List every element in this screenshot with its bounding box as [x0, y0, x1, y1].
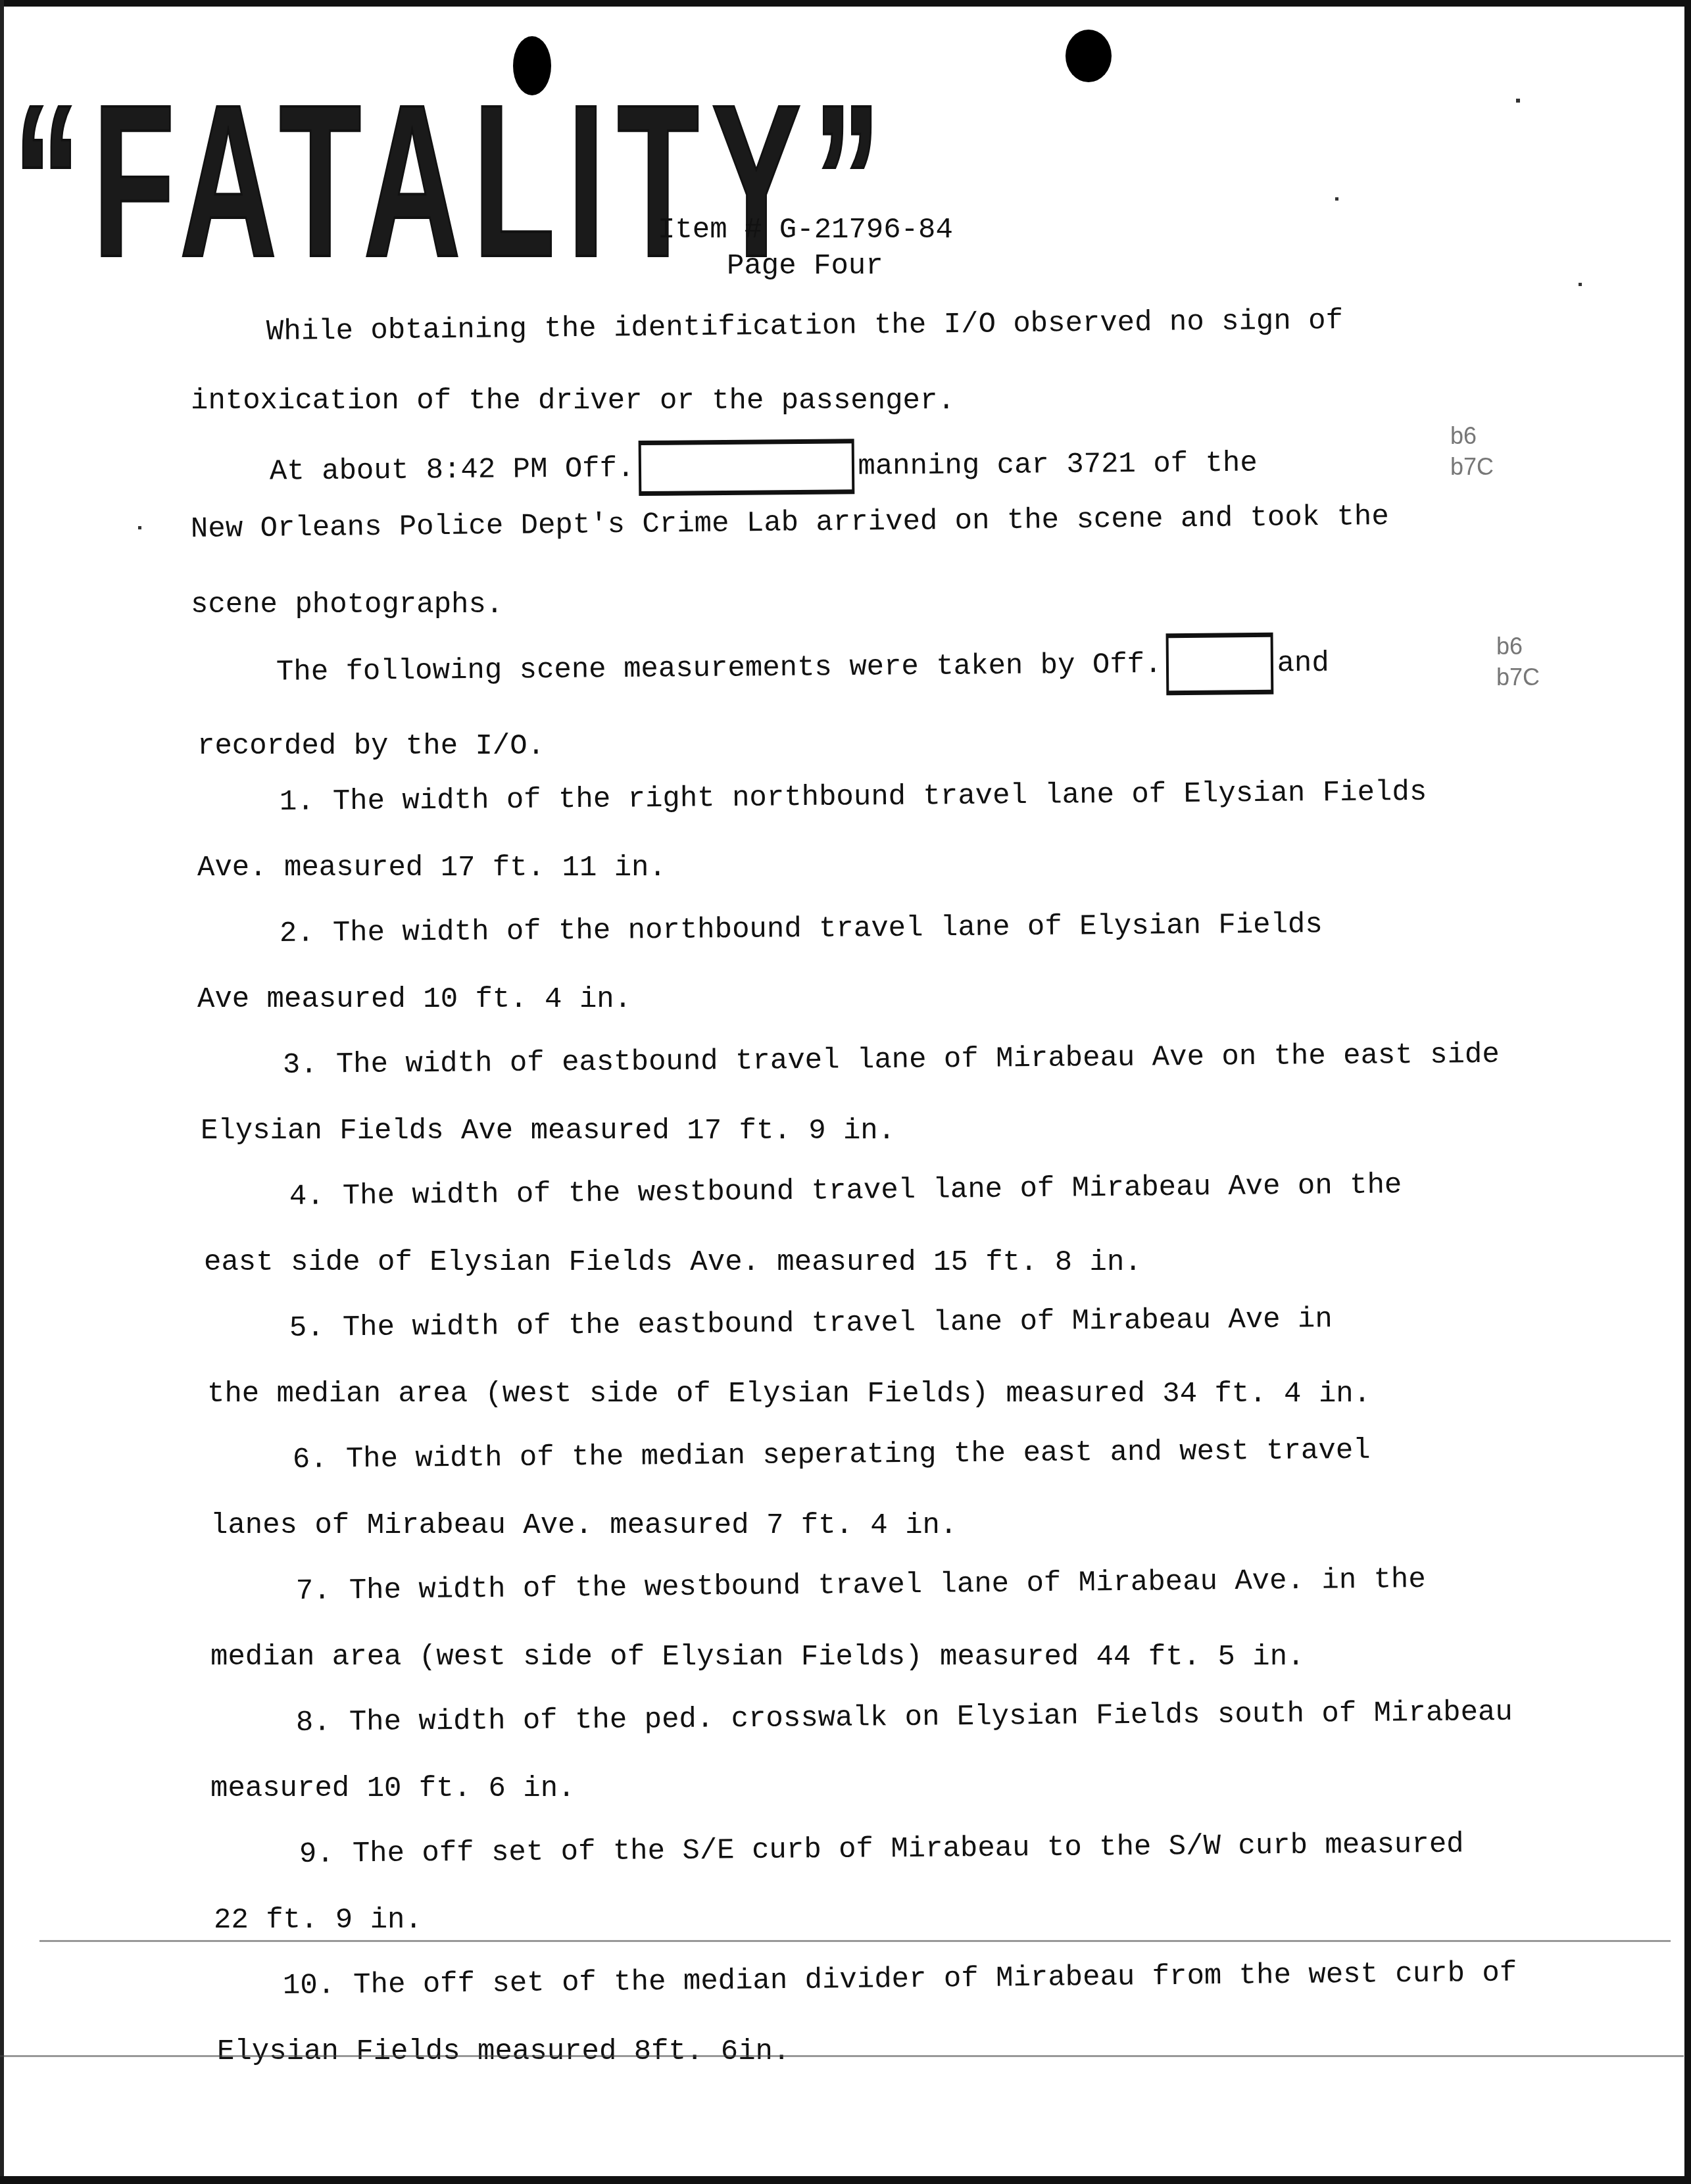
- measurement-item: 10.The off set of the median divider of …: [283, 1956, 1517, 2002]
- measurement-number: 4.: [289, 1180, 324, 1213]
- measurement-number: 10.: [283, 1969, 335, 2002]
- measurement-text: The width of the westbound travel lane o…: [349, 1563, 1427, 1607]
- scan-artifact-line: [0, 2055, 1684, 2057]
- text-segment: The following scene measurements were ta…: [276, 648, 1162, 689]
- measurement-text: The off set of the median divider of Mir…: [353, 1956, 1517, 2002]
- measurement-continuation: measured 10 ft. 6 in.: [210, 1772, 576, 1805]
- scan-border-right: [1684, 0, 1691, 2184]
- measurement-text: The width of the ped. crosswalk on Elysi…: [349, 1696, 1513, 1739]
- measurement-item: 6.The width of the median seperating the…: [293, 1434, 1371, 1476]
- measurement-continuation: Ave. measured 17 ft. 11 in.: [197, 852, 666, 885]
- item-number: Item # G-21796-84: [658, 214, 953, 247]
- measurement-number: 8.: [296, 1707, 331, 1739]
- text-segment: and: [1277, 647, 1329, 681]
- paragraph-line: recorded by the I/O.: [197, 730, 545, 763]
- text-segment: manning car 3721 of the: [858, 447, 1258, 483]
- measurement-number: 6.: [293, 1444, 328, 1476]
- measurement-continuation: the median area (west side of Elysian Fi…: [207, 1378, 1371, 1411]
- paragraph-line: At about 8:42 PM Off.manning car 3721 of…: [270, 435, 1258, 499]
- measurement-text: The width of the eastbound travel lane o…: [343, 1303, 1333, 1344]
- paragraph-line: intoxication of the driver or the passen…: [191, 385, 955, 418]
- measurement-text: The width of the right northbound travel…: [333, 776, 1427, 819]
- measurement-number: 1.: [280, 786, 314, 819]
- measurement-continuation: 22 ft. 9 in.: [214, 1904, 422, 1937]
- paragraph-line: The following scene measurements were ta…: [276, 632, 1330, 703]
- measurement-item: 2.The width of the northbound travel lan…: [280, 908, 1323, 950]
- exemption-codes: b6 b7C: [1496, 631, 1540, 693]
- redaction-box: [1165, 633, 1273, 695]
- measurement-continuation: east side of Elysian Fields Ave. measure…: [204, 1246, 1142, 1279]
- measurement-number: 5.: [289, 1312, 324, 1345]
- measurement-number: 7.: [296, 1574, 331, 1608]
- exemption-code: b7C: [1496, 662, 1540, 693]
- paragraph-line: While obtaining the identification the I…: [266, 304, 1344, 349]
- scan-artifact-line: [39, 1940, 1671, 1942]
- measurement-text: The width of the westbound travel lane o…: [343, 1169, 1402, 1213]
- measurement-text: The width of eastbound travel lane of Mi…: [336, 1038, 1500, 1081]
- scan-speck: [1579, 283, 1582, 286]
- measurement-item: 5.The width of the eastbound travel lane…: [289, 1303, 1333, 1345]
- measurement-continuation: Ave measured 10 ft. 4 in.: [197, 983, 631, 1016]
- measurement-text: The width of the northbound travel lane …: [333, 908, 1323, 950]
- measurement-continuation: Elysian Fields measured 8ft. 6in.: [217, 2035, 790, 2068]
- measurement-item: 8.The width of the ped. crosswalk on Ely…: [296, 1696, 1513, 1739]
- measurement-item: 4.The width of the westbound travel lane…: [289, 1169, 1402, 1213]
- paragraph-line: New Orleans Police Dept's Crime Lab arri…: [191, 500, 1389, 546]
- measurement-continuation: lanes of Mirabeau Ave. measured 7 ft. 4 …: [210, 1509, 957, 1542]
- exemption-codes: b6 b7C: [1450, 421, 1494, 483]
- measurement-item: 3.The width of eastbound travel lane of …: [283, 1038, 1500, 1082]
- scan-border-top: [0, 0, 1691, 7]
- scan-border-bottom: [0, 2176, 1691, 2184]
- measurement-number: 9.: [299, 1838, 334, 1871]
- measurement-continuation: Elysian Fields Ave measured 17 ft. 9 in.: [201, 1115, 895, 1148]
- paragraph-line: scene photographs.: [191, 589, 503, 621]
- measurement-item: 9.The off set of the S/E curb of Mirabea…: [299, 1828, 1464, 1871]
- scan-speck: [1516, 99, 1520, 103]
- measurement-item: 1.The width of the right northbound trav…: [280, 776, 1427, 819]
- measurement-continuation: median area (west side of Elysian Fields…: [210, 1641, 1304, 1674]
- scan-speck: [138, 526, 141, 529]
- measurement-item: 7.The width of the westbound travel lane…: [296, 1563, 1426, 1608]
- text-segment: At about 8:42 PM Off.: [270, 452, 635, 489]
- scan-border-left: [0, 0, 4, 2184]
- exemption-code: b6: [1496, 631, 1540, 662]
- measurement-text: The width of the median seperating the e…: [346, 1434, 1371, 1476]
- exemption-code: b6: [1450, 421, 1494, 452]
- scan-speck: [1335, 197, 1338, 201]
- measurement-number: 2.: [280, 917, 314, 950]
- page-label: Page Four: [727, 250, 883, 283]
- measurement-number: 3.: [283, 1049, 318, 1082]
- exemption-code: b7C: [1450, 452, 1494, 483]
- measurement-text: The off set of the S/E curb of Mirabeau …: [353, 1828, 1464, 1871]
- hole-punch-mark: [1066, 30, 1112, 82]
- redaction-box: [638, 439, 854, 496]
